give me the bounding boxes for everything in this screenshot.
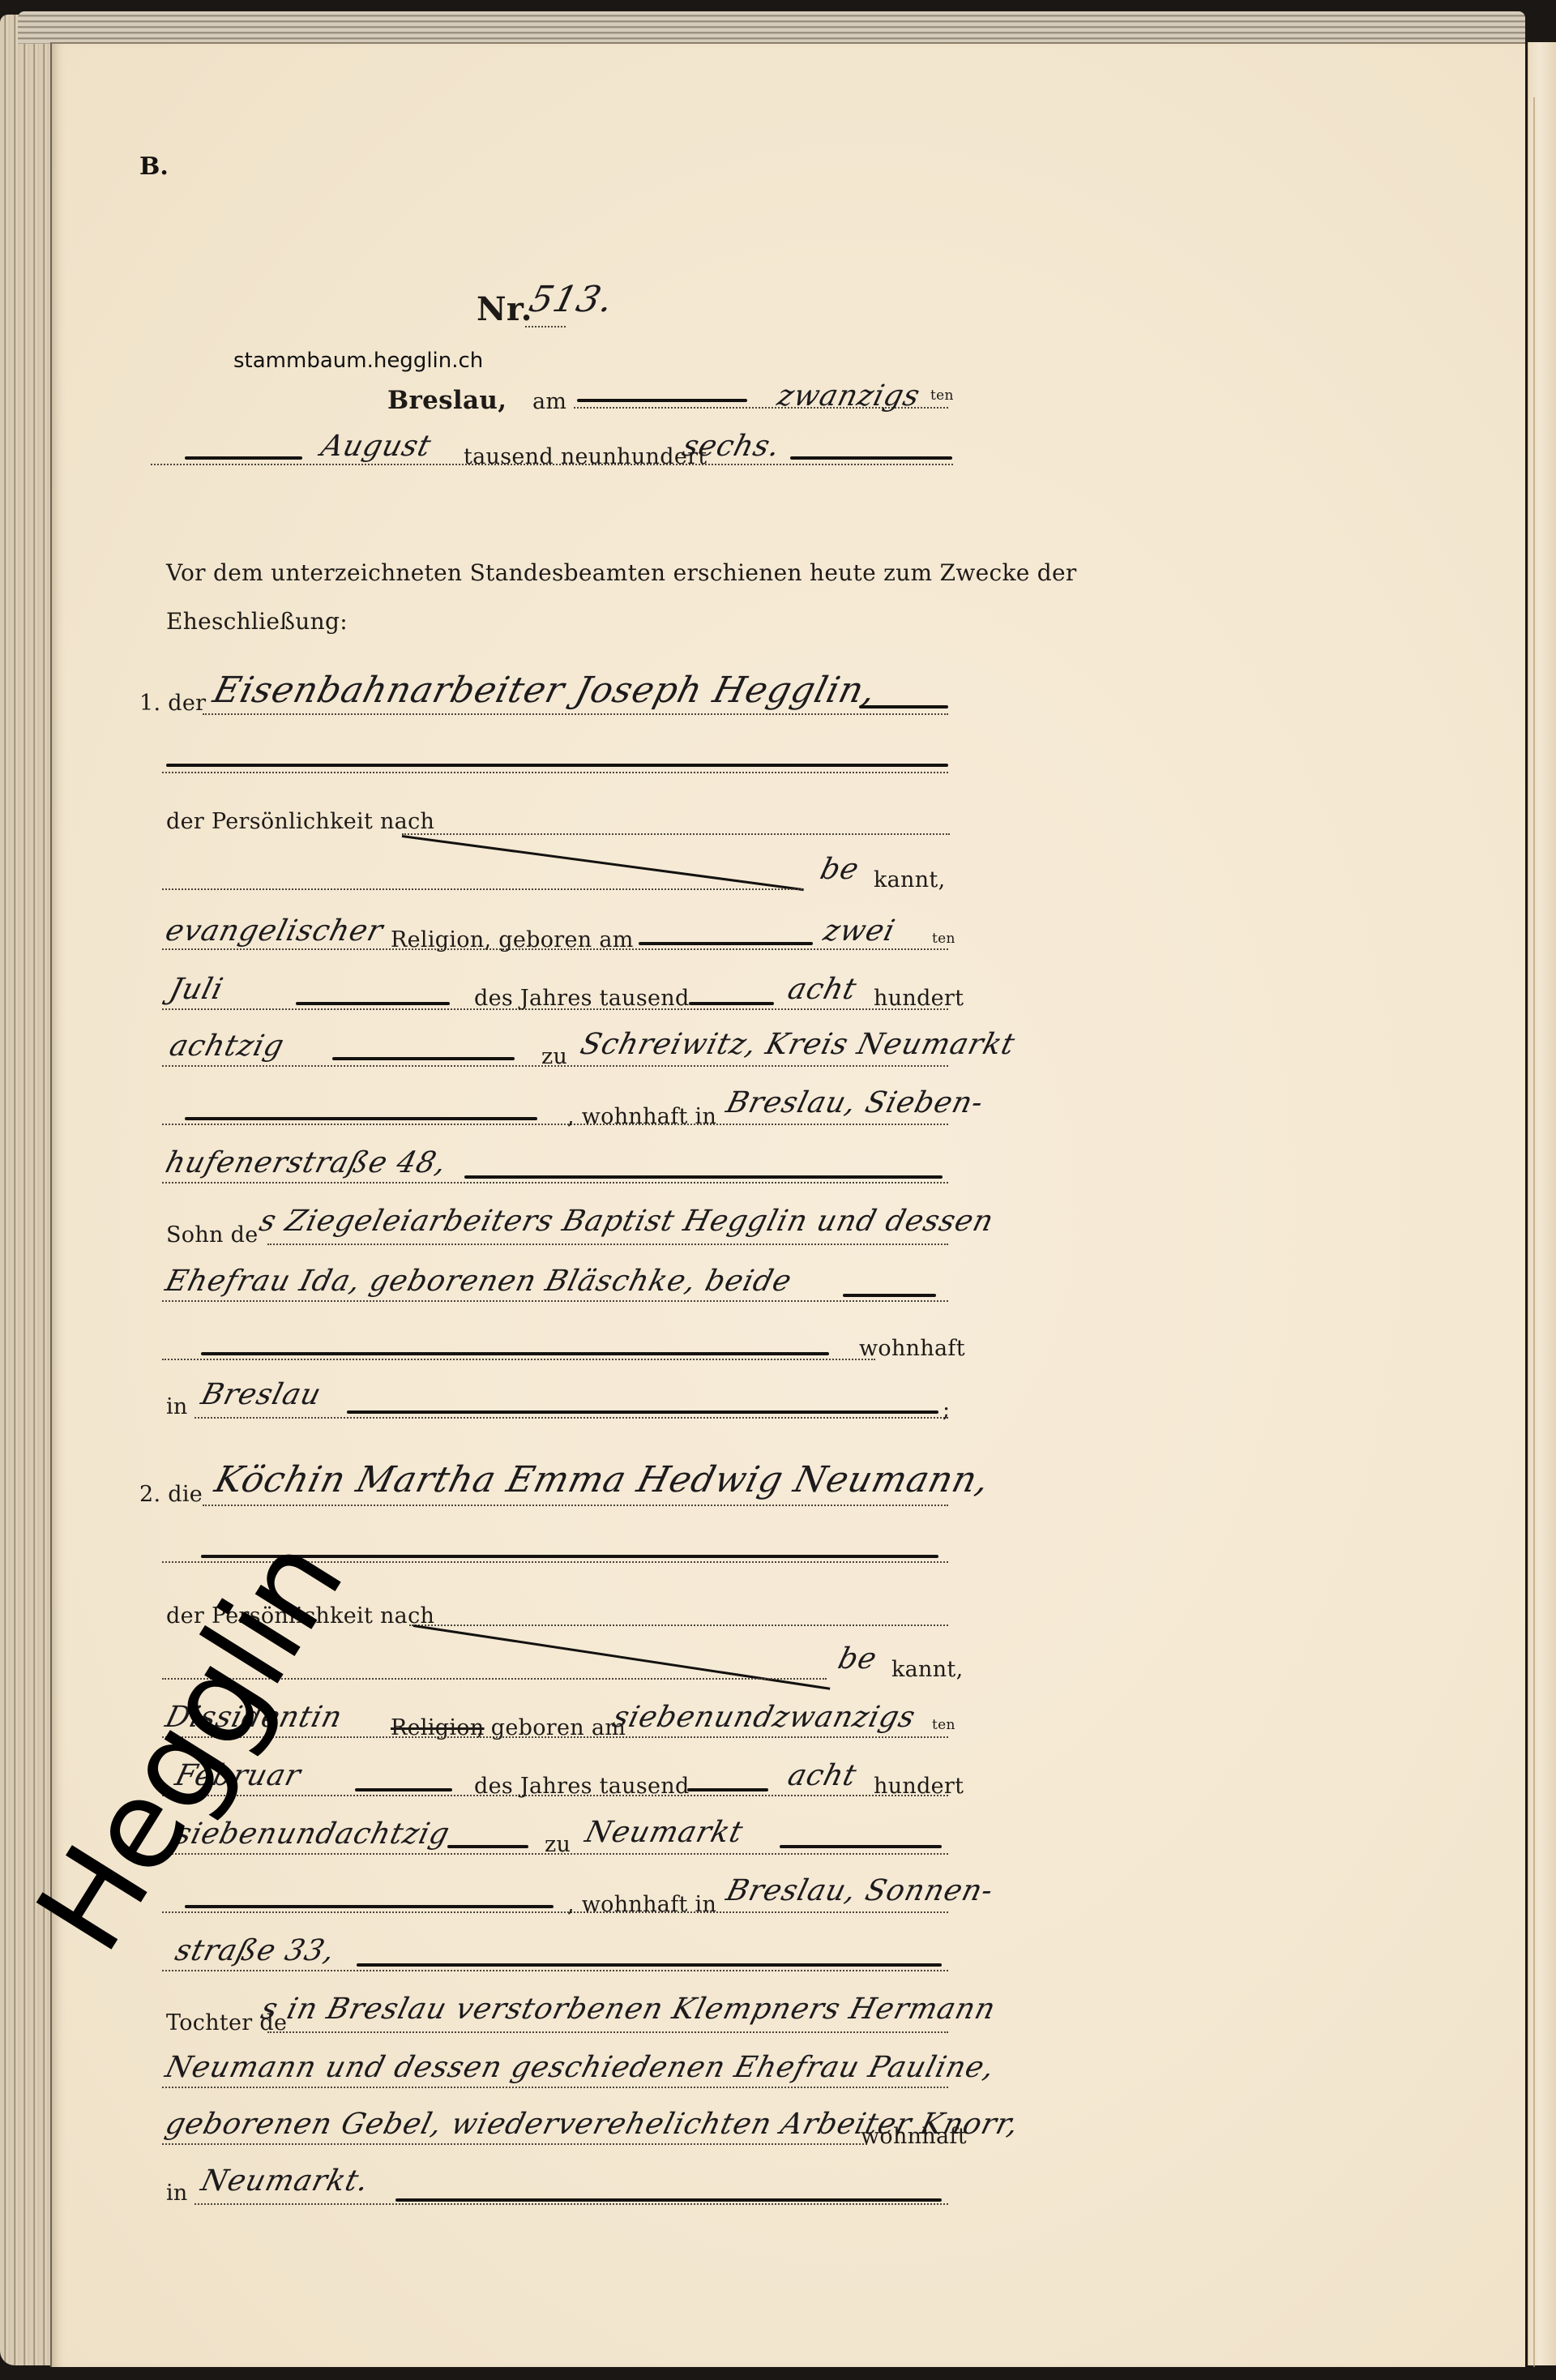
bride-parents-2: Neumann und dessen geschiedenen Ehefrau … — [162, 2051, 998, 2084]
wedding-year: sechs. — [679, 430, 784, 463]
bride-hundert: hundert — [874, 1774, 964, 1799]
bride-year-label: des Jahres tausend — [474, 1774, 690, 1799]
section-marker: B. — [139, 152, 169, 181]
record-number: 513. — [525, 279, 618, 320]
groom-day-suffix: ten — [932, 931, 955, 947]
groom-religion: evangelischer — [162, 914, 387, 948]
groom-birth-day: zwei — [820, 914, 899, 948]
groom-identity-hand: be — [817, 853, 863, 886]
bride-birthplace: Neumarkt — [582, 1816, 746, 1849]
groom-residence-2: hufenerstraße 48, — [162, 1146, 451, 1179]
wedding-day: zwanzigs — [774, 379, 924, 413]
bride-birth-day: siebenundzwanzigs — [609, 1701, 919, 1734]
groom-birth-year: achtzig — [166, 1029, 288, 1063]
bride-identity-hand: be — [835, 1642, 881, 1676]
year-print: tausend neunhundert — [464, 444, 707, 469]
intro-line-1: Vor dem unterzeichneten Standesbeamten e… — [166, 559, 1077, 586]
record-label: Nr. — [477, 290, 532, 328]
watermark-url: stammbaum.hegglin.ch — [233, 349, 483, 373]
bride-parents-residence: Neumarkt. — [198, 2164, 373, 2198]
bride-residence-1: Breslau, Sonnen- — [723, 1874, 997, 1907]
bride-century: acht — [784, 1759, 861, 1792]
groom-hundert: hundert — [874, 986, 964, 1011]
groom-century: acht — [784, 973, 861, 1006]
groom-wohnhaft-in: , wohnhaft in — [567, 1104, 716, 1129]
groom-identity-suffix: kannt, — [874, 867, 945, 892]
groom-birth-month: Juli — [166, 973, 227, 1006]
groom-identity-label: der Persönlichkeit nach — [166, 809, 434, 834]
bride-residence-2: straße 33, — [172, 1934, 339, 1967]
groom-residence-1: Breslau, Sieben- — [723, 1086, 987, 1119]
groom-zu: zu — [541, 1044, 567, 1069]
groom-parents-1: s Ziegeleiarbeiters Baptist Hegglin und … — [256, 1205, 998, 1238]
am-label: am — [532, 389, 566, 414]
day-suffix: ten — [930, 387, 954, 404]
groom-parents-residence: Breslau — [198, 1378, 325, 1411]
bride-religion-label: Religion — [391, 1715, 485, 1740]
groom-parents-2: Ehefrau Ida, geborenen Bläschke, beide — [162, 1265, 795, 1298]
bride-wohnhaft: wohnhaft — [861, 2124, 967, 2149]
marriage-record: B. Nr. 513. stammbaum.hegglin.ch Breslau… — [0, 0, 1556, 2380]
bride-identity-suffix: kannt, — [891, 1657, 963, 1682]
place-name: Breslau, — [387, 386, 507, 415]
bride-religion-rest: , geboren am — [477, 1715, 626, 1740]
groom-religion-label: Religion, geboren am — [391, 927, 634, 952]
groom-sohn-label: Sohn de — [166, 1222, 258, 1248]
bride-zu: zu — [545, 1832, 571, 1857]
diagonal-watermark: Hegglin — [19, 1521, 362, 1970]
groom-wohnhaft: wohnhaft — [859, 1336, 965, 1361]
bride-number: 2. die — [139, 1482, 203, 1507]
groom-name: Eisenbahnarbeiter Joseph Hegglin, — [209, 670, 881, 711]
bride-day-suffix: ten — [932, 1717, 955, 1733]
groom-in: in — [166, 1394, 188, 1419]
bride-parents-1: s in Breslau verstorbenen Klempners Herm… — [258, 1993, 999, 2026]
intro-line-2: Eheschließung: — [166, 608, 348, 635]
groom-end: ; — [943, 1398, 950, 1423]
bride-in: in — [166, 2181, 188, 2206]
bride-wohnhaft-in: , wohnhaft in — [567, 1892, 716, 1917]
groom-number: 1. der — [139, 691, 206, 716]
groom-year-label: des Jahres tausend — [474, 986, 690, 1011]
wedding-month: August — [318, 430, 435, 463]
bride-name: Köchin Martha Emma Hedwig Neumann, — [211, 1459, 994, 1500]
groom-birthplace: Schreiwitz, Kreis Neumarkt — [577, 1028, 1019, 1061]
